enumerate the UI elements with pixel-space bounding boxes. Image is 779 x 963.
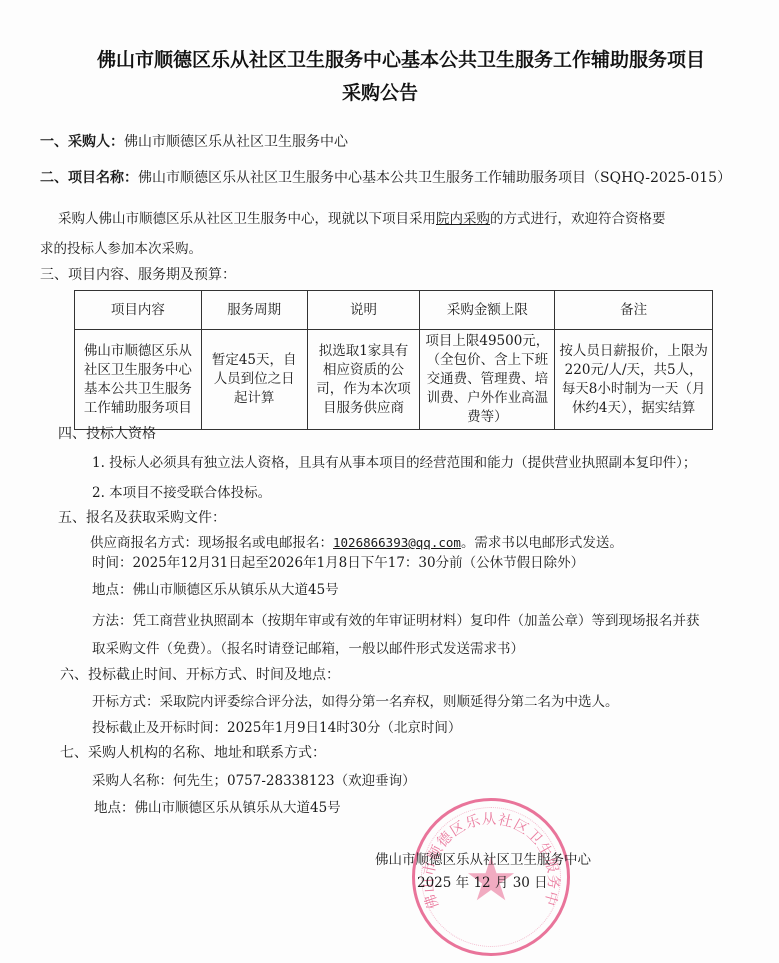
col-header: 服务周期 — [201, 291, 307, 330]
registration-how-2: 取采购文件（免费）。（报名时请登记邮箱，一般以邮件形式发送需求书） — [92, 637, 524, 657]
col-header: 说明 — [307, 291, 420, 330]
procurement-method: 院内采购 — [436, 211, 490, 227]
intro-line-1: 采购人佛山市顺德区乐从社区卫生服务中心，现就以下项目采用院内采购的方式进行，欢迎… — [58, 207, 666, 227]
section-project-name: 二、项目名称：佛山市顺德区乐从社区卫生服务中心基本公共卫生服务工作辅助服务项目（… — [40, 167, 731, 187]
intro-line-2: 求的投标人参加本次采购。 — [40, 237, 202, 257]
section-label: 二、项目名称： — [40, 170, 138, 186]
qualification-item: 1. 投标人必须具有独立法人资格，且具有从事本项目的经营范围和能力（提供营业执照… — [92, 451, 696, 471]
cell-period: 暂定45天，自人员到位之日起计算 — [201, 330, 307, 430]
signature-date: 2025 年 12 月 30 日 — [417, 871, 548, 891]
section-opening-heading: 六、投标截止时间、开标方式、时间及地点： — [60, 664, 340, 684]
registration-how-1: 方法：凭工商营业执照副本（按期年审或有效的年审证明材料）复印件（加盖公章）等到现… — [92, 609, 700, 629]
col-header: 项目内容 — [75, 291, 202, 330]
purchaser-name: 佛山市顺德区乐从社区卫生服务中心 — [124, 134, 348, 150]
table-header-row: 项目内容 服务周期 说明 采购金额上限 备注 — [75, 291, 713, 330]
project-name: 佛山市顺德区乐从社区卫生服务中心基本公共卫生服务工作辅助服务项目（SQHQ-20… — [138, 170, 731, 186]
title-line-1: 佛山市顺德区乐从社区卫生服务中心基本公共卫生服务工作辅助服务项目 — [97, 45, 705, 72]
section-qualification-heading: 四、投标人资格 — [58, 423, 156, 443]
email-link[interactable]: 1026866393@qq.com — [333, 535, 461, 550]
col-header: 备注 — [555, 291, 713, 330]
cell-remark: 按人员日薪报价，上限为220元/人/天，共5人，每天8小时制为一天（月休约4天）… — [555, 330, 713, 430]
opening-deadline: 投标截止及开标时间：2025年1月9日14时30分（北京时间） — [92, 716, 461, 736]
cell-budget: 项目上限49500元，（全包价、含上下班交通费、管理费、培训费、户外作业高温费等… — [420, 330, 555, 430]
registration-place: 地点：佛山市顺德区乐从镇乐从大道45号 — [92, 578, 339, 598]
cell-content: 佛山市顺德区乐从社区卫生服务中心基本公共卫生服务工作辅助服务项目 — [75, 330, 202, 430]
table-row: 佛山市顺德区乐从社区卫生服务中心基本公共卫生服务工作辅助服务项目 暂定45天，自… — [75, 330, 713, 430]
contact-info: 采购人名称：何先生；0757-28338123（欢迎垂询） — [92, 769, 416, 789]
section-label: 一、采购人： — [40, 134, 124, 150]
signature-org: 佛山市顺德区乐从社区卫生服务中心 — [375, 848, 591, 868]
section-contact-heading: 七、采购人机构的名称、地址和联系方式： — [60, 742, 326, 762]
cell-description: 拟选取1家具有相应资质的公司，作为本次项目服务供应商 — [307, 330, 420, 430]
section-registration-heading: 五、报名及获取采购文件： — [58, 507, 226, 527]
col-header: 采购金额上限 — [420, 291, 555, 330]
section-content-heading: 三、项目内容、服务期及预算： — [40, 264, 236, 284]
contact-place: 地点：佛山市顺德区乐从镇乐从大道45号 — [94, 796, 341, 816]
opening-method: 开标方式：采取院内评委综合评分法，如得分第一名弃权，则顺延得分第二名为中选人。 — [92, 690, 619, 710]
project-table: 项目内容 服务周期 说明 采购金额上限 备注 佛山市顺德区乐从社区卫生服务中心基… — [74, 290, 713, 430]
title-line-2: 采购公告 — [342, 78, 418, 105]
section-purchaser: 一、采购人：佛山市顺德区乐从社区卫生服务中心 — [40, 131, 348, 151]
registration-method: 供应商报名方式：现场报名或电邮报名：1026866393@qq.com。需求书以… — [90, 531, 623, 551]
registration-time: 时间：2025年12月31日起至2026年1月8日下午17：30分前（公休节假日… — [92, 551, 584, 571]
qualification-item: 2. 本项目不接受联合体投标。 — [92, 481, 271, 501]
